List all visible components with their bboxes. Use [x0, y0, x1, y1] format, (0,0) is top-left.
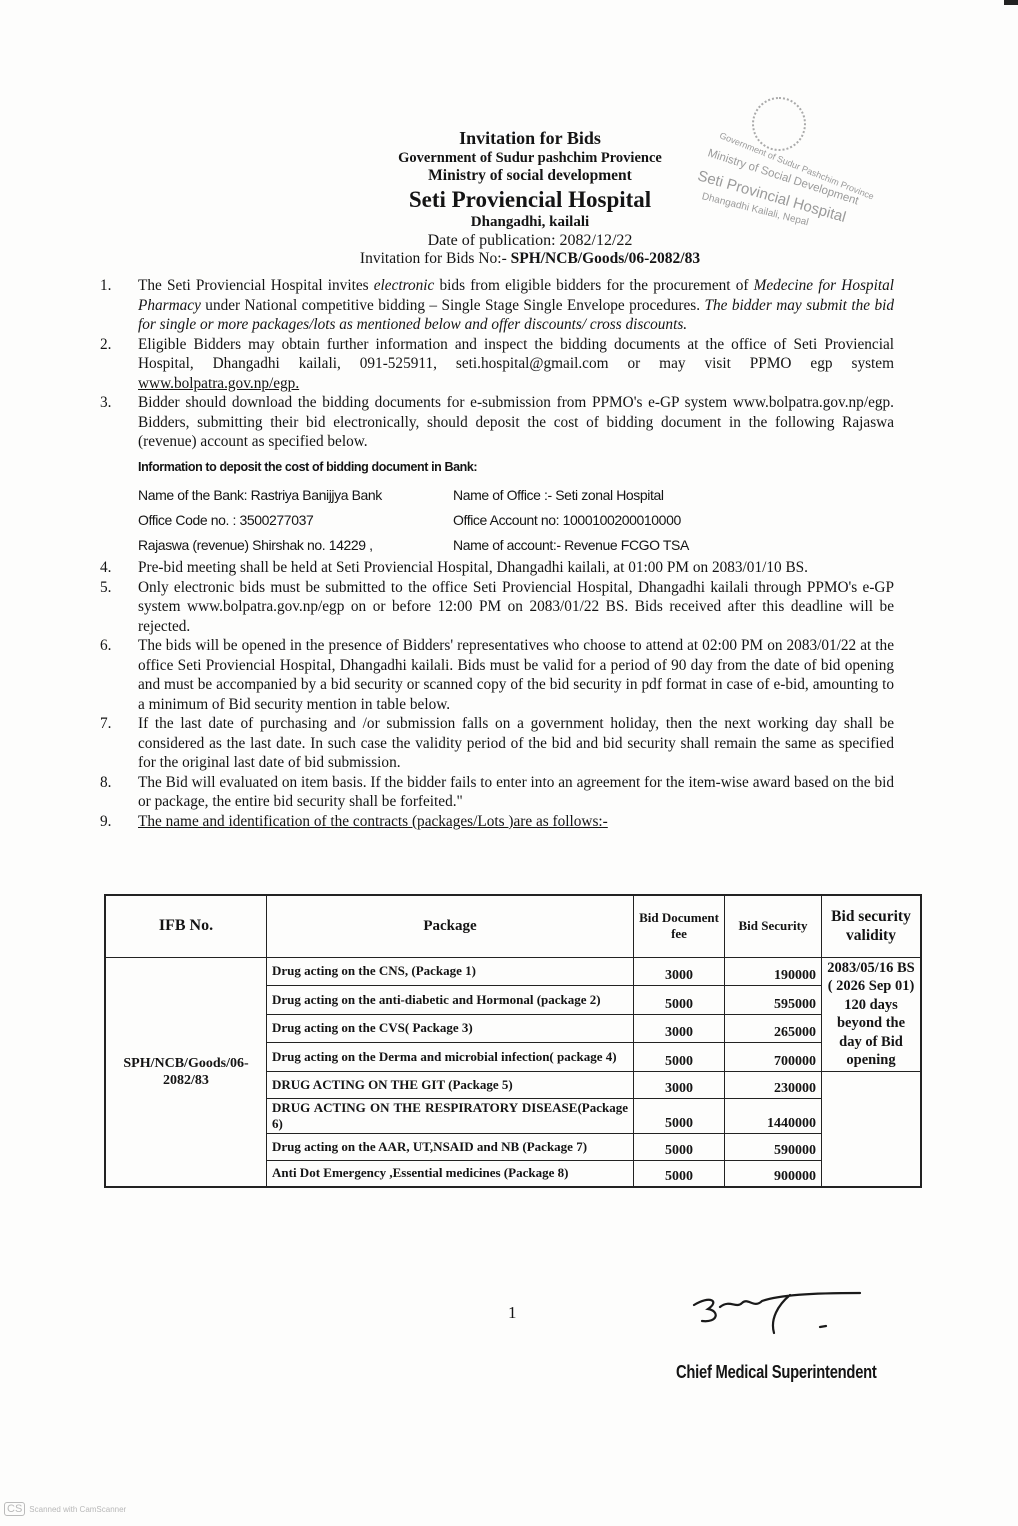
scanner-watermark: CS Scanned with CamScanner [4, 1502, 126, 1516]
header-ifb: IFB No. [105, 895, 267, 957]
bid-security: 230000 [725, 1071, 822, 1098]
bank-row: Office Code no. : 3500277037Office Accou… [138, 508, 894, 533]
bid-document-fee: 5000 [634, 1043, 725, 1072]
table-header-row: IFB No. Package Bid Document fee Bid Sec… [105, 895, 921, 957]
paragraph-7: 7.If the last date of purchasing and /or… [100, 714, 894, 773]
bid-security: 1440000 [725, 1098, 822, 1133]
bank-row: Name of the Bank: Rastriya Banijjya Bank… [138, 483, 894, 508]
package-name: DRUG ACTING ON THE RESPIRATORY DISEASE(P… [267, 1098, 634, 1133]
ifb-number-line: Invitation for Bids No:- SPH/NCB/Goods/0… [300, 250, 760, 269]
table-row: SPH/NCB/Goods/06-2082/83Drug acting on t… [105, 957, 921, 986]
bid-security: 700000 [725, 1043, 822, 1072]
paragraph-3: 3. Bidder should download the bidding do… [100, 393, 894, 452]
emblem-icon [752, 97, 806, 151]
package-name: Anti Dot Emergency ,Essential medicines … [267, 1160, 634, 1187]
validity-cell-continued [822, 1071, 922, 1187]
egp-link[interactable]: www.bolpatra.gov.np/egp. [138, 375, 299, 392]
bank-info-heading: Information to deposit the cost of biddi… [138, 458, 894, 478]
header-fee: Bid Document fee [634, 895, 725, 957]
bank-info: Information to deposit the cost of biddi… [138, 458, 894, 559]
paragraph-2: 2. Eligible Bidders may obtain further i… [100, 335, 894, 394]
paragraph-6: 6.The bids will be opened in the presenc… [100, 636, 894, 714]
bid-document-fee: 5000 [634, 1133, 725, 1160]
header-validity: Bid security validity [822, 895, 922, 957]
package-name: Drug acting on the Derma and microbial i… [267, 1043, 634, 1072]
bid-document-fee: 5000 [634, 1098, 725, 1133]
package-name: Drug acting on the CNS, (Package 1) [267, 957, 634, 986]
page-number: 1 [508, 1303, 517, 1323]
ifb-number: SPH/NCB/Goods/06-2082/83 [511, 250, 700, 267]
scan-edge-mark [1004, 0, 1018, 5]
package-name: Drug acting on the CVS( Package 3) [267, 1014, 634, 1043]
bid-security: 590000 [725, 1133, 822, 1160]
bid-document-fee: 3000 [634, 1014, 725, 1043]
camscanner-logo-icon: CS [4, 1502, 25, 1516]
notice-body: 1. The Seti Proviencial Hospital invites… [100, 276, 894, 831]
package-name: Drug acting on the AAR, UT,NSAID and NB … [267, 1133, 634, 1160]
bid-document-fee: 5000 [634, 986, 725, 1015]
signature-icon [690, 1285, 870, 1340]
package-name: DRUG ACTING ON THE GIT (Package 5) [267, 1071, 634, 1098]
paragraph-9: 9.The name and identification of the con… [100, 812, 894, 832]
package-name: Drug acting on the anti-diabetic and Hor… [267, 986, 634, 1015]
ifb-number-cell: SPH/NCB/Goods/06-2082/83 [105, 957, 267, 1187]
bid-security: 900000 [725, 1160, 822, 1187]
header-security: Bid Security [725, 895, 822, 957]
signer-title: Chief Medical Superintendent [676, 1362, 877, 1383]
bid-document-fee: 3000 [634, 1071, 725, 1098]
paragraph-1: 1. The Seti Proviencial Hospital invites… [100, 276, 894, 335]
paragraph-5: 5.Only electronic bids must be submitted… [100, 578, 894, 637]
official-stamp: Government of Sudur Pashchim Province Mi… [690, 95, 870, 245]
paragraph-4: 4.Pre-bid meeting shall be held at Seti … [100, 558, 894, 578]
packages-table: IFB No. Package Bid Document fee Bid Sec… [104, 894, 922, 1188]
bid-security: 190000 [725, 957, 822, 986]
bid-security: 595000 [725, 986, 822, 1015]
paragraph-8: 8.The Bid will evaluated on item basis. … [100, 773, 894, 812]
bid-document-fee: 5000 [634, 1160, 725, 1187]
bid-security: 265000 [725, 1014, 822, 1043]
bid-document-fee: 3000 [634, 957, 725, 986]
header-package: Package [267, 895, 634, 957]
bank-row: Rajaswa (revenue) Shirshak no. 14229 ,Na… [138, 533, 894, 558]
bid-security-validity: 2083/05/16 BS ( 2026 Sep 01) 120 days be… [822, 957, 922, 1071]
